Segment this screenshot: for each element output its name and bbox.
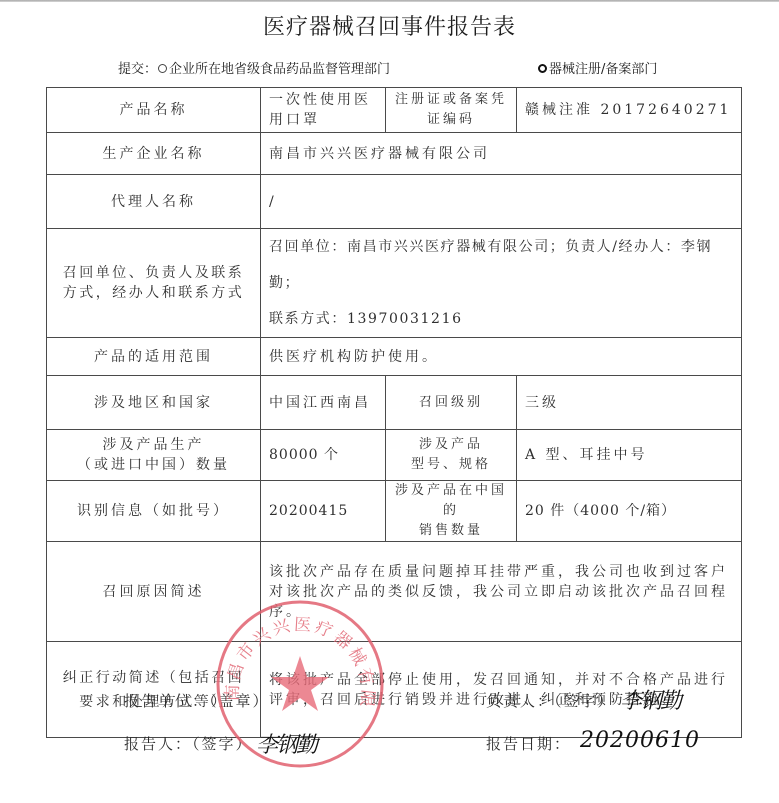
- scope-label: 产品的适用范围: [47, 338, 261, 376]
- product-name-label: 产品名称: [47, 88, 261, 133]
- sales-qty-label-line-1: 涉及产品在中国的: [390, 481, 512, 521]
- document-title: 医疗器械召回事件报告表: [0, 10, 779, 41]
- region-label: 涉及地区和国家: [47, 376, 261, 430]
- recall-unit-label: 召回单位、负责人及联系方式，经办人和联系方式: [47, 229, 261, 338]
- product-name-value: 一次性使用医用口罩: [261, 88, 386, 133]
- responsible-label: 负责人：（签字）: [486, 690, 615, 711]
- submit-option-provincial[interactable]: 提交：企业所在地省级食品药品监督管理部门: [118, 58, 390, 77]
- sales-qty-label-line-2: 销售数量: [390, 521, 512, 541]
- manufacturer-label: 生产企业名称: [47, 133, 261, 175]
- reg-cert-value: 赣械注准 20172640271: [517, 88, 742, 133]
- production-qty-label-line-2: （或进口中国）数量: [55, 455, 252, 475]
- manufacturer-value: 南昌市兴兴医疗器械有限公司: [261, 133, 742, 175]
- radio-checked-icon[interactable]: [538, 64, 547, 73]
- reporter-signature: 李钢勤: [256, 728, 316, 759]
- production-qty-label: 涉及产品生产 （或进口中国）数量: [47, 430, 261, 481]
- model-label-line-1: 涉及产品: [394, 435, 508, 455]
- model-value: A 型、耳挂中号: [517, 430, 742, 481]
- model-label: 涉及产品 型号、规格: [386, 430, 517, 481]
- sales-qty-value: 20 件（4000 个/箱）: [517, 481, 742, 542]
- reporter-label: 报告人：（签字）: [124, 733, 253, 754]
- batch-value: 20200415: [261, 481, 386, 542]
- table-row: 涉及产品生产 （或进口中国）数量 80000 个 涉及产品 型号、规格 A 型、…: [47, 430, 742, 481]
- table-row: 识别信息（如批号） 20200415 涉及产品在中国的 销售数量 20 件（40…: [47, 481, 742, 542]
- recall-level-value: 三级: [517, 376, 742, 430]
- region-value: 中国江西南昌: [261, 376, 386, 430]
- submit-option-registration-dept[interactable]: 器械注册/备案部门: [537, 58, 657, 77]
- responsible-signature: 李钢勤: [620, 684, 680, 715]
- production-qty-value: 80000 个: [261, 430, 386, 481]
- window-top-edge: [0, 0, 779, 2]
- recall-report-table: 产品名称 一次性使用医用口罩 注册证或备案凭证编码 赣械注准 201726402…: [46, 87, 742, 738]
- table-row: 涉及地区和国家 中国江西南昌 召回级别 三级: [47, 376, 742, 430]
- table-row: 召回原因简述 该批次产品存在质量问题掉耳挂带严重，我公司也收到过客户对该批次产品…: [47, 542, 742, 642]
- agent-label: 代理人名称: [47, 175, 261, 229]
- report-unit-label: 报告单位：（盖章）: [124, 690, 270, 711]
- recall-unit-line-2: 联系方式：13970031216: [269, 301, 733, 337]
- report-date-label: 报告日期：: [486, 733, 571, 754]
- submit-option-label: 器械注册/备案部门: [549, 62, 657, 77]
- recall-unit-line-1: 召回单位：南昌市兴兴医疗器械有限公司；负责人/经办人：李钢勤；: [269, 229, 733, 301]
- report-date-value: 20200610: [580, 728, 700, 753]
- table-row: 代理人名称 /: [47, 175, 742, 229]
- batch-label: 识别信息（如批号）: [47, 481, 261, 542]
- reason-label: 召回原因简述: [47, 542, 261, 642]
- submit-option-label: 企业所在地省级食品药品监督管理部门: [169, 62, 390, 77]
- table-row: 生产企业名称 南昌市兴兴医疗器械有限公司: [47, 133, 742, 175]
- table-row: 产品的适用范围 供医疗机构防护使用。: [47, 338, 742, 376]
- model-label-line-2: 型号、规格: [394, 455, 508, 475]
- production-qty-label-line-1: 涉及产品生产: [55, 435, 252, 455]
- recall-level-label: 召回级别: [386, 376, 517, 430]
- scope-value: 供医疗机构防护使用。: [261, 338, 742, 376]
- reg-cert-label: 注册证或备案凭证编码: [386, 88, 517, 133]
- agent-value: /: [261, 175, 742, 229]
- radio-unchecked-icon[interactable]: [158, 64, 167, 73]
- submit-prefix: 提交：: [118, 62, 157, 77]
- table-row: 召回单位、负责人及联系方式，经办人和联系方式 召回单位：南昌市兴兴医疗器械有限公…: [47, 229, 742, 338]
- table-row: 产品名称 一次性使用医用口罩 注册证或备案凭证编码 赣械注准 201726402…: [47, 88, 742, 133]
- reason-value: 该批次产品存在质量问题掉耳挂带严重，我公司也收到过客户对该批次产品的类似反馈，我…: [261, 542, 742, 642]
- recall-unit-value: 召回单位：南昌市兴兴医疗器械有限公司；负责人/经办人：李钢勤； 联系方式：139…: [261, 229, 742, 338]
- sales-qty-label: 涉及产品在中国的 销售数量: [386, 481, 517, 542]
- submit-to-line: 提交：企业所在地省级食品药品监督管理部门 器械注册/备案部门: [0, 58, 779, 78]
